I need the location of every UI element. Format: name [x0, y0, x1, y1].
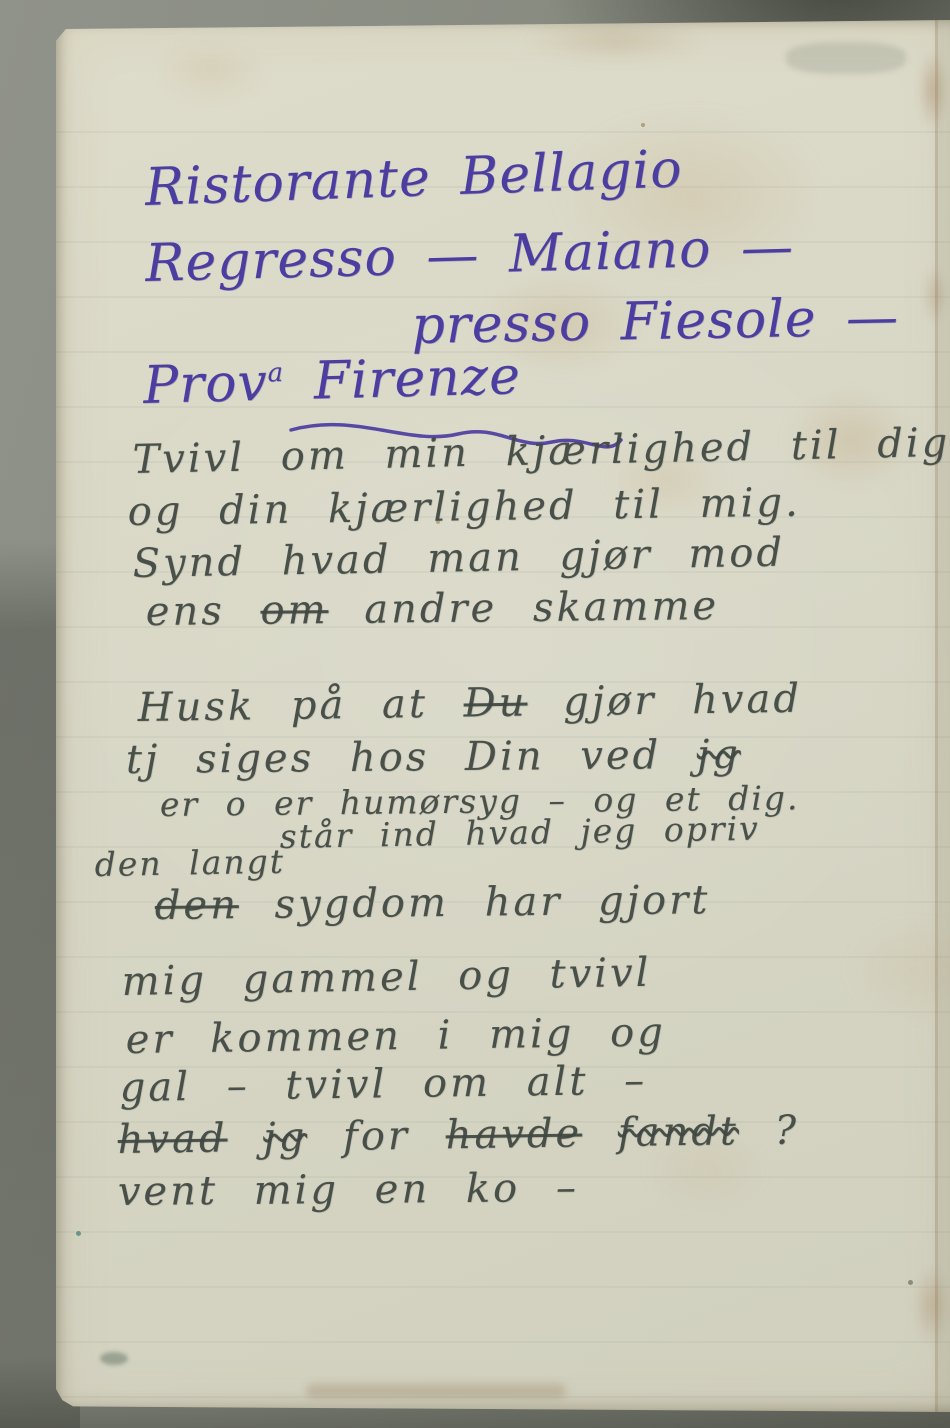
stain: [526, 20, 706, 60]
handwriting-text: gal – tvivl om alt –: [119, 1058, 647, 1111]
letter-paper-sheet: Ristorante Bellagio Regresso — Maiano — …: [56, 20, 950, 1412]
handwriting-text: presso Fiesole —: [411, 287, 900, 355]
handwriting-text: sygdom har gjort: [239, 877, 711, 928]
pencil-line-13: gal – tvivl om alt –: [119, 1061, 647, 1108]
handwriting-text: andre skamme: [328, 583, 719, 633]
handwriting-text: Tvivl om min kjærlighed til dig: [132, 420, 950, 483]
pencil-line-2: og din kjærlighed til mig.: [127, 483, 800, 532]
superscript-a: a: [267, 358, 284, 388]
handwriting-text: for: [307, 1112, 446, 1160]
struck-word: havde: [445, 1111, 582, 1159]
scribbled-word: fandt: [618, 1108, 740, 1156]
handwriting-text: og din kjærlighed til mig.: [127, 480, 801, 535]
pencil-line-1: Tvivl om min kjærlighed til dig: [132, 423, 950, 480]
pencil-line-9: den langt: [94, 845, 285, 881]
handwriting-text: gjør hvad: [527, 676, 802, 726]
pencil-line-12: er kommen i mig og: [125, 1012, 666, 1060]
scribbled-word: jg: [263, 1114, 308, 1161]
pencil-line-6: tj siges hos Din ved jg: [126, 735, 741, 780]
stain: [306, 1384, 566, 1398]
handwriting-text: den langt: [94, 842, 285, 884]
handwriting-text: er kommen i mig og: [125, 1009, 666, 1063]
handwriting-text: Prov: [143, 353, 269, 416]
heading-line-regresso: Regresso — Maiano —: [145, 221, 795, 290]
handwriting-text: vent mig en ko –: [118, 1165, 579, 1215]
pencil-smudge: [100, 1352, 128, 1365]
fold-crease: [935, 20, 938, 1412]
handwriting-text: står ind hvad jeg opriv: [279, 809, 760, 856]
pencil-line-10: den sygdom har gjort: [155, 880, 711, 926]
handwriting-text: ens: [146, 588, 261, 635]
handwriting-text: ?: [739, 1107, 800, 1154]
pencil-line-3: Synd hvad man gjør mod: [132, 533, 785, 584]
heading-line-presso-fiesole: presso Fiesole —: [411, 291, 899, 352]
struck-word: om: [260, 587, 328, 634]
handwriting-text: tj siges hos Din ved: [126, 732, 697, 783]
handwriting-text: mig gammel og tvivl: [121, 950, 652, 1005]
speck: [908, 1280, 913, 1285]
pencil-line-15: vent mig en ko –: [118, 1168, 579, 1212]
pencil-line-14: hvad jg for havde fandt ?: [117, 1110, 799, 1160]
scanned-letter-page: Ristorante Bellagio Regresso — Maiano — …: [0, 0, 950, 1428]
heading-line-prov-firenze: Prova Firenze: [143, 350, 522, 412]
stain: [156, 40, 266, 100]
speck: [641, 123, 645, 127]
handwriting-text: Synd hvad man gjør mod: [132, 530, 785, 587]
pencil-line-8: står ind hvad jeg opriv: [279, 812, 760, 853]
handwriting-text: Firenze: [284, 346, 522, 412]
struck-word: Du: [463, 680, 527, 727]
pencil-line-11: mig gammel og tvivl: [121, 953, 651, 1002]
handwriting-text: Husk på at: [137, 680, 464, 731]
handwriting-text: [582, 1110, 618, 1156]
handwriting-text: Regresso — Maiano —: [145, 217, 795, 294]
faint-pencil-smudge: [786, 42, 906, 74]
pencil-line-4: ens om andre skamme: [146, 586, 720, 632]
handwriting-text: [227, 1115, 263, 1161]
heading-line-ristorante: Ristorante Bellagio: [144, 143, 683, 214]
pencil-line-5: Husk på at Du gjør hvad: [137, 679, 802, 728]
struck-word: den: [155, 882, 240, 929]
folded-edge: [938, 20, 950, 1412]
struck-word: hvad: [117, 1115, 227, 1163]
handwriting-text: Ristorante Bellagio: [144, 139, 683, 218]
scribbled-word: jg: [697, 732, 741, 778]
ink-dot: [76, 1231, 81, 1236]
